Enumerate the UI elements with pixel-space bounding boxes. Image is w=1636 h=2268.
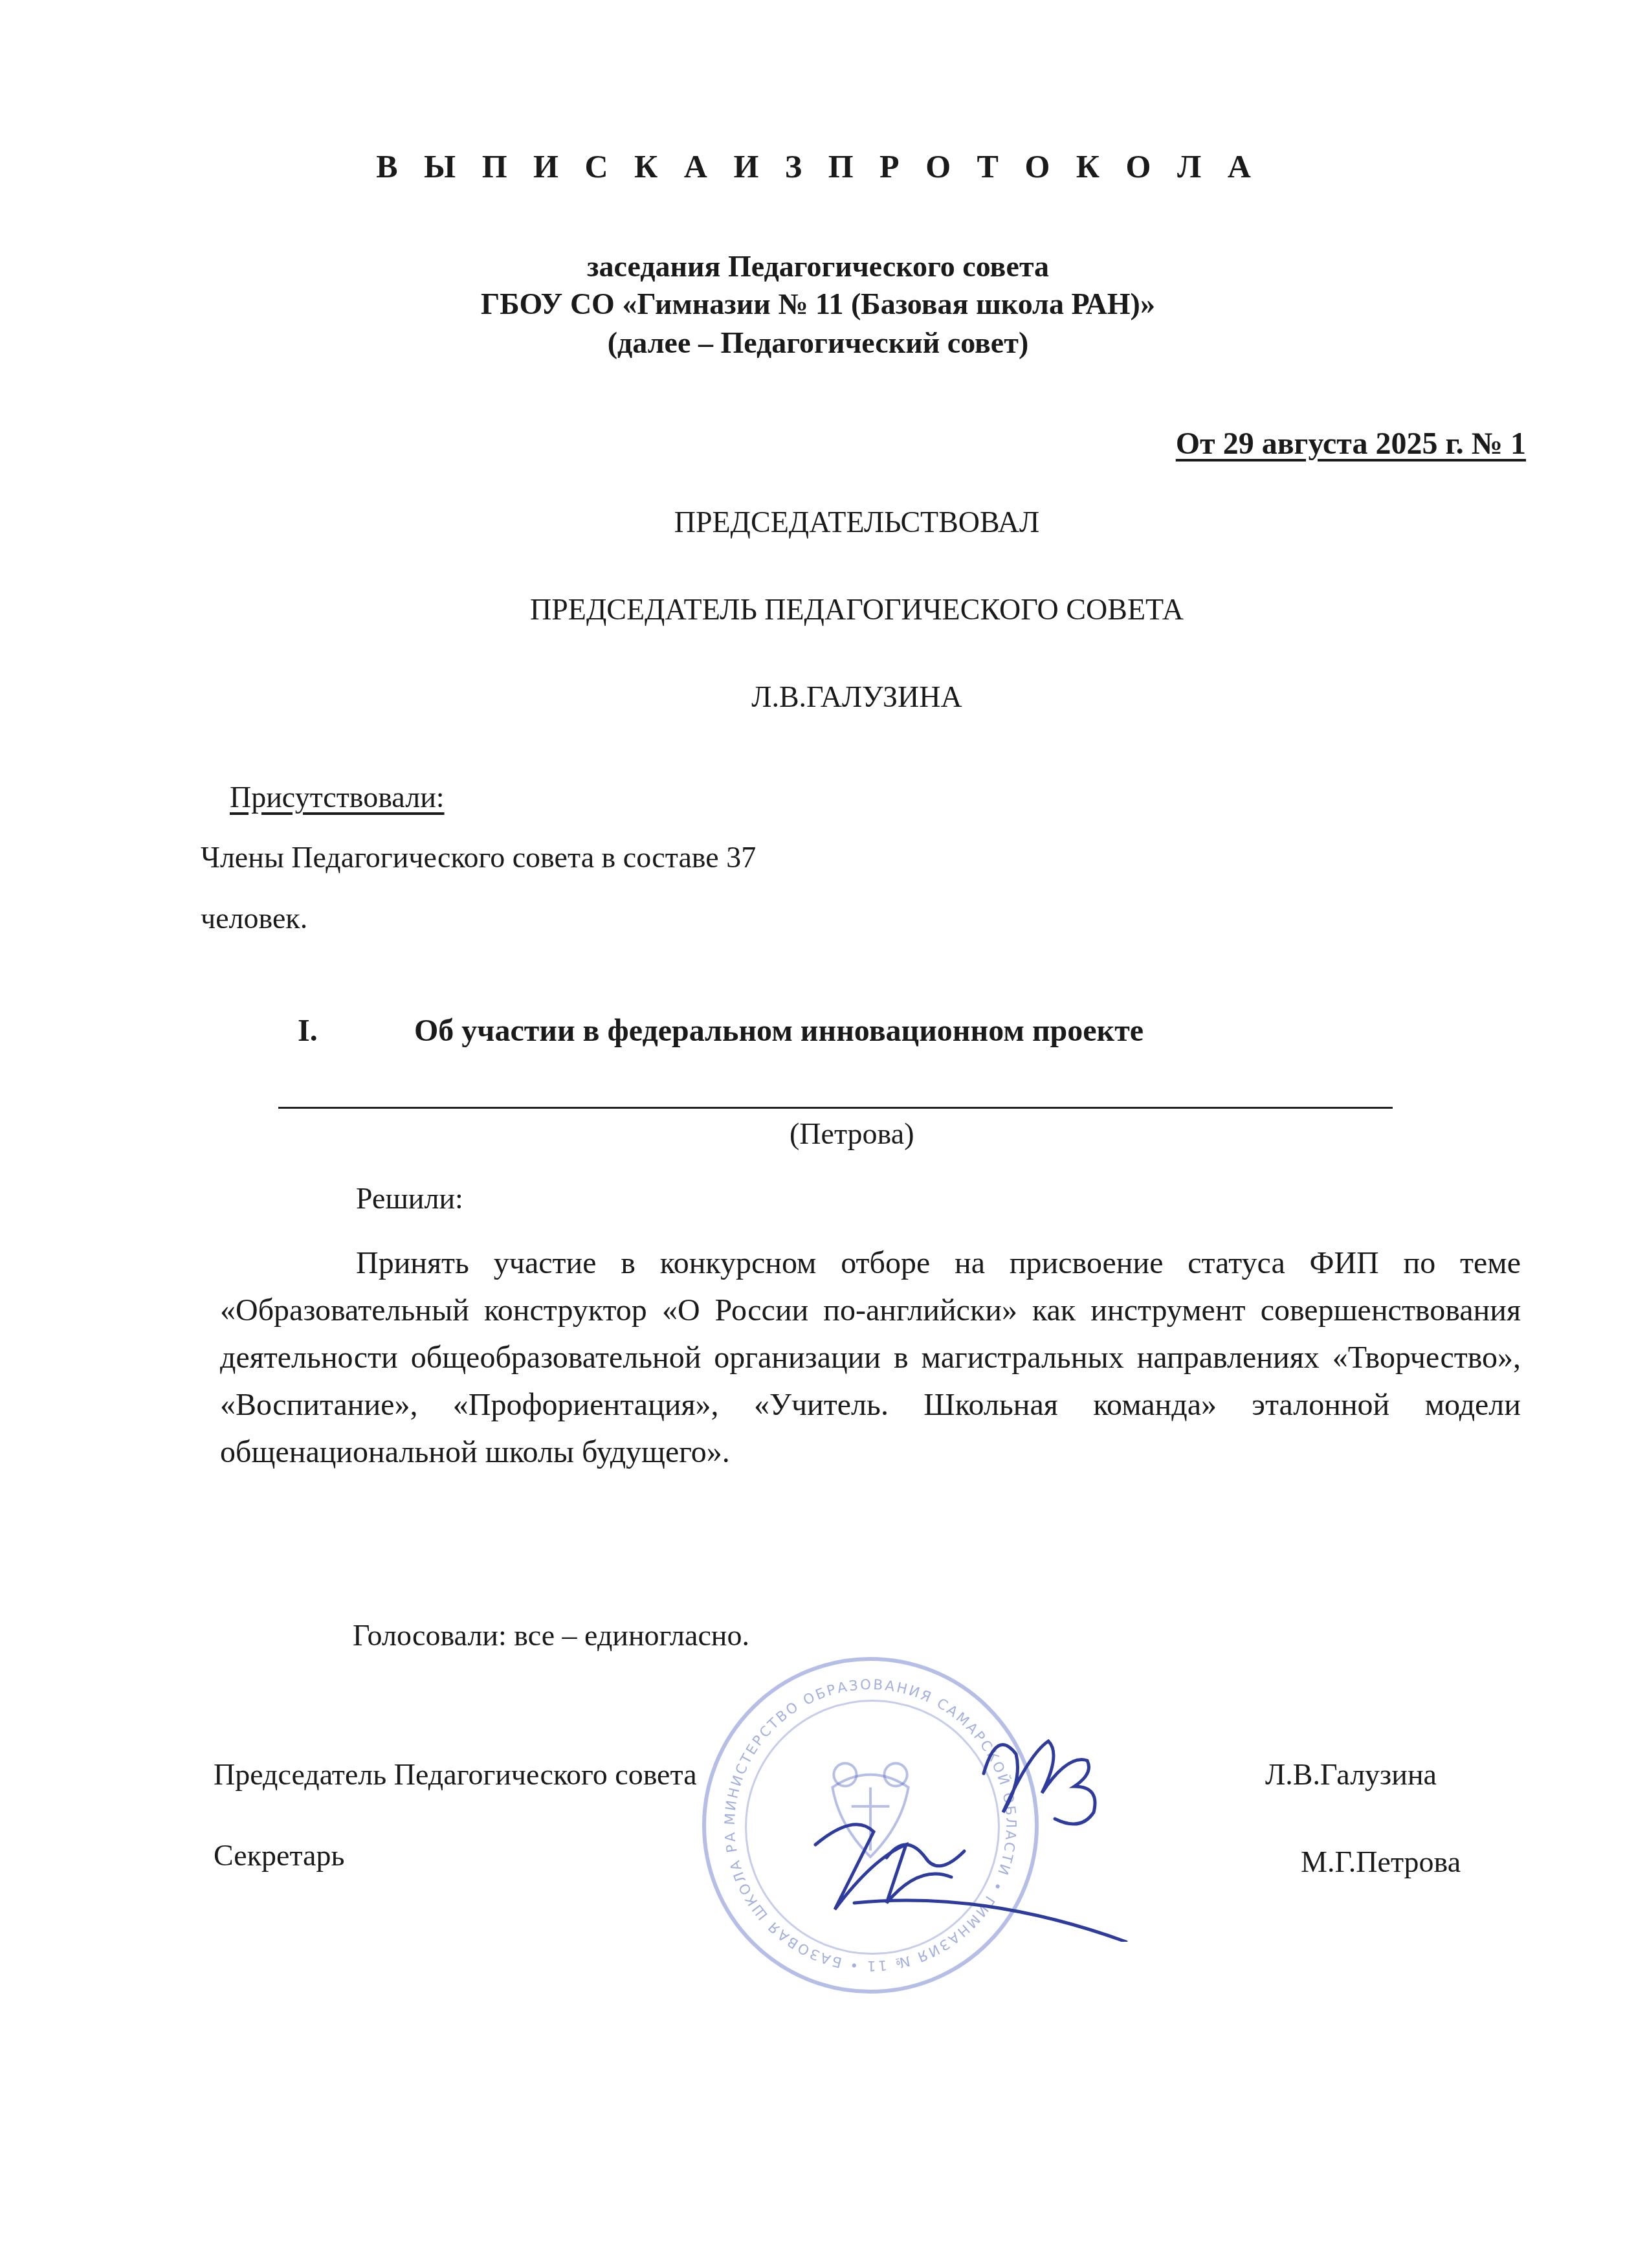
present-line-1: Члены Педагогического совета в составе 3… [201,840,756,874]
chair-signature-role: Председатель Педагогического совета [214,1757,697,1792]
vote-result: Голосовали: все – единогласно. [353,1618,749,1652]
subtitle-line-3: (далее – Педагогический совет) [0,326,1636,360]
subtitle-line-2: ГБОУ СО «Гимназии № 11 (Базовая школа РА… [0,287,1636,321]
speaker-rule [278,1107,1393,1109]
handwritten-signatures [738,1696,1191,1942]
chair-name: Л.В.ГАЛУЗИНА [39,680,1636,714]
secretary-signature-role: Секретарь [214,1838,345,1873]
section-heading: Об участии в федеральном инновационном п… [414,1013,1144,1049]
secretary-signature-name: М.Г.Петрова [1301,1845,1461,1879]
chair-signature-name: Л.В.Галузина [1265,1757,1437,1792]
present-line-2: человек. [201,901,307,935]
chaired-label: ПРЕДСЕДАТЕЛЬСТВОВАЛ [39,505,1636,539]
subtitle-line-1: заседания Педагогического совета [0,249,1636,283]
decision-text: Принять участие в конкурсном отборе на п… [220,1240,1521,1476]
document-title: В Ы П И С К А И З П Р О Т О К О Л А [0,148,1636,185]
chair-position: ПРЕДСЕДАТЕЛЬ ПЕДАГОГИЧЕСКОГО СОВЕТА [39,592,1636,627]
protocol-date-number: От 29 августа 2025 г. № 1 [1176,426,1526,461]
present-label: Присутствовали: [230,780,445,814]
section-speaker: (Петрова) [790,1117,914,1151]
decided-label: Решили: [356,1181,463,1216]
section-number: I. [298,1013,318,1049]
